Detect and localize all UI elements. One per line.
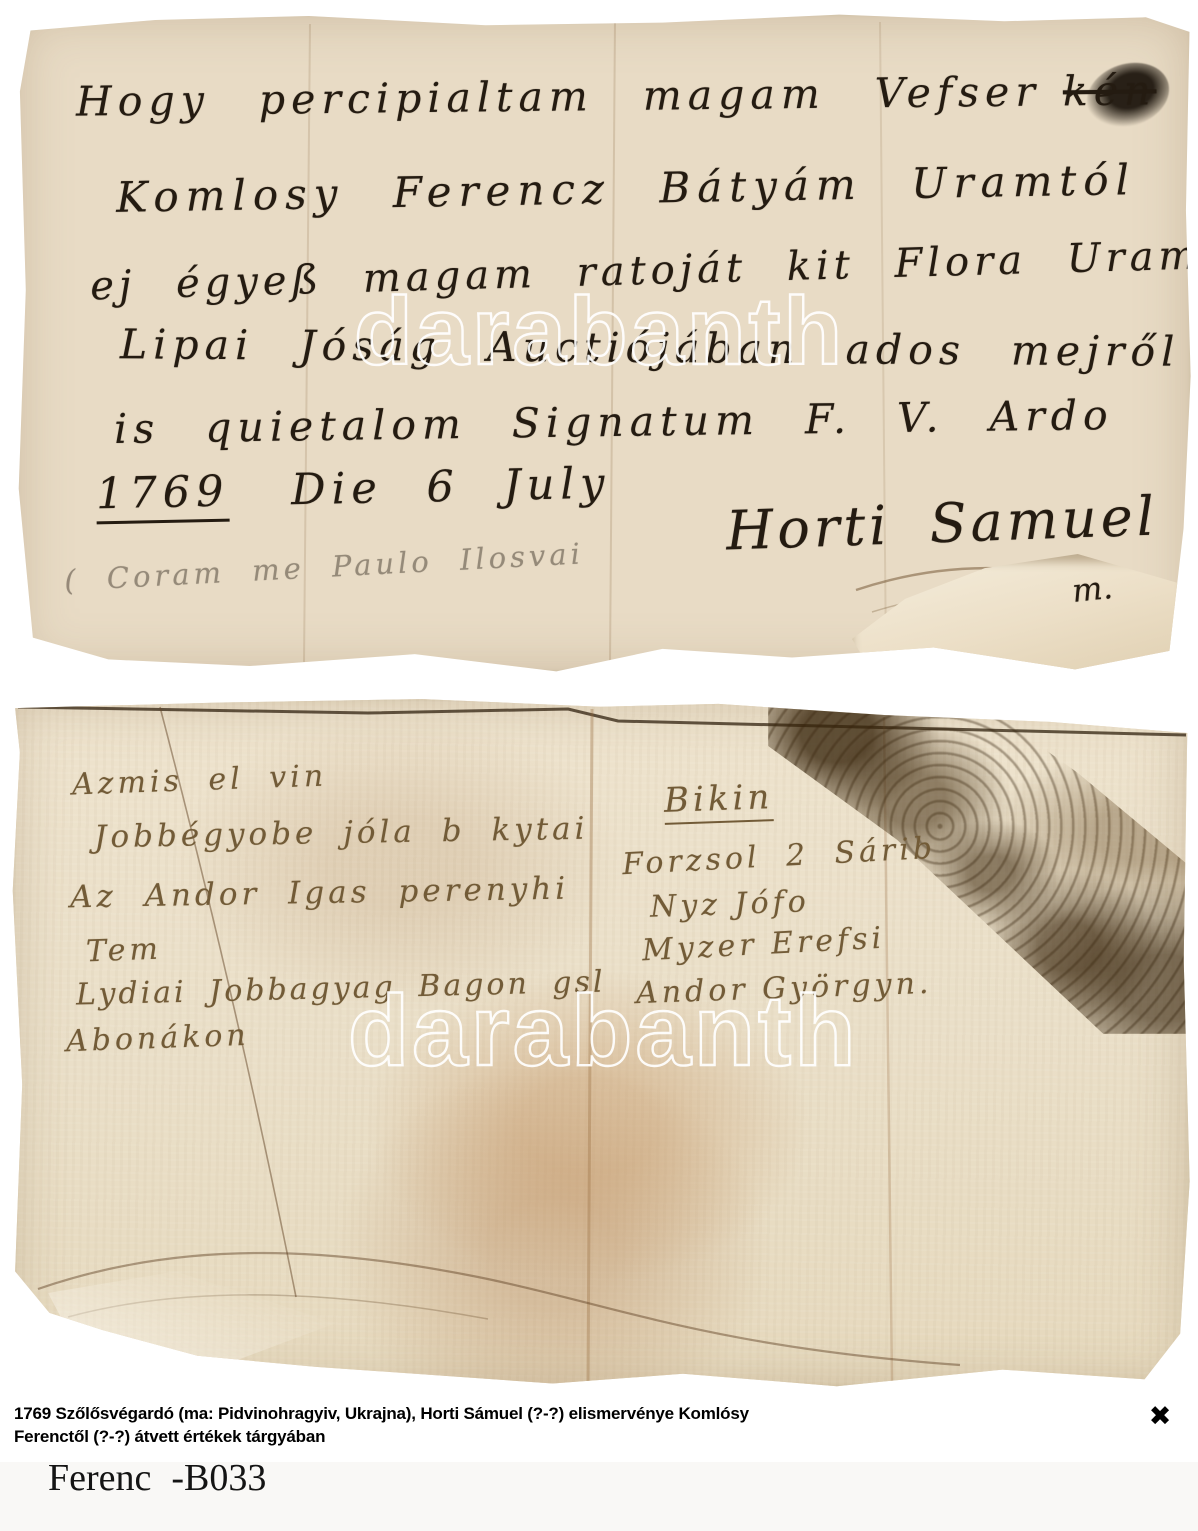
handwriting-witness-line: ( Coram me Paulo Ilosvai: [63, 536, 584, 597]
handwriting-line: Forzsol 2 Sárib: [621, 831, 937, 882]
document-scan-recto[interactable]: Hogy percipialtam magam Vefserkén Komlos…: [14, 12, 1193, 674]
crease-lines: [14, 12, 1193, 674]
torn-crease-area: [48, 1257, 368, 1377]
handwriting-line: Az Andor Igas perenyhi: [70, 871, 570, 916]
close-icon: ✖: [1149, 1401, 1172, 1432]
ink-blot: [1078, 53, 1177, 138]
handwriting-line: Jobbégyobe jóla b kytai: [94, 811, 589, 856]
catalog-code: -B033: [171, 1457, 266, 1499]
darabanth-watermark: darabanth: [348, 981, 858, 1081]
handwriting-line: Tem: [85, 932, 162, 970]
lightbox-page: Hogy percipialtam magam Vefserkén Komlos…: [0, 0, 1198, 1531]
handwriting-text: Hogy percipialtam magam Vefser: [76, 68, 1041, 126]
handwriting-line: Lipai Jóság Auctiójában ados mejről: [120, 320, 1181, 375]
close-button[interactable]: ✖: [1140, 1396, 1180, 1436]
item-description-line1: 1769 Szőlősvégardó (ma: Pidvinohragyiv, …: [14, 1402, 1054, 1425]
handwriting-line: Abonákon: [65, 1018, 250, 1059]
item-description: 1769 Szőlősvégardó (ma: Pidvinohragyiv, …: [14, 1402, 1054, 1448]
catalog-label: Ferenc-B033: [48, 1456, 266, 1500]
catalog-name: Ferenc: [48, 1457, 151, 1499]
handwriting-line: Azmis el vin: [71, 759, 327, 803]
handwriting-signature: Horti Samuel: [725, 484, 1159, 562]
paper-sheet-recto: Hogy percipialtam magam Vefserkén Komlos…: [14, 12, 1193, 674]
handwriting-year: 1769: [96, 467, 231, 525]
handwriting-struck-word: kén: [1063, 66, 1157, 115]
handwriting-column-header: Bikin: [663, 777, 774, 821]
handwriting-signature-suffix: m.: [1070, 568, 1114, 610]
darabanth-watermark: darabanth: [354, 284, 845, 380]
handwriting-line: ej égyeß magam ratoját kit Flora Uram: [90, 232, 1198, 309]
document-scan-verso[interactable]: Azmis el vin Jobbégyobe jóla b kytai Az …: [8, 697, 1192, 1389]
caption-bar: 1769 Szőlősvégardó (ma: Pidvinohragyiv, …: [0, 1396, 1198, 1454]
item-description-line2: Ferenctől (?-?) átvett értékek tárgyában: [14, 1425, 1054, 1448]
handwriting-line: Andor Györgyn.: [635, 966, 933, 1011]
torn-corner-fold: [852, 554, 1184, 672]
handwriting-line: Hogy percipialtam magam Vefserkén: [76, 66, 1157, 125]
handwriting-date-rest: Die 6 July: [291, 459, 611, 516]
handwriting-line: is quietalom Signatum F. V. Ardo: [114, 391, 1114, 453]
handwriting-line: Nyz Jófo: [649, 884, 810, 925]
paper-sheet-verso: Azmis el vin Jobbégyobe jóla b kytai Az …: [8, 697, 1192, 1389]
crease-lines: [8, 697, 1192, 1389]
handwriting-header-text: Bikin: [663, 777, 774, 825]
handwriting-line: Komlosy Ferencz Bátyám Uramtól: [116, 155, 1137, 222]
handwriting-line: Myzer Erefsi: [641, 921, 886, 969]
ink-stain-speckles: [768, 699, 1198, 1034]
handwriting-line: Lydiai Jobbagyag Bagon gsl: [76, 965, 606, 1013]
handwriting-date-line: 1769 Die 6 July: [96, 459, 611, 520]
